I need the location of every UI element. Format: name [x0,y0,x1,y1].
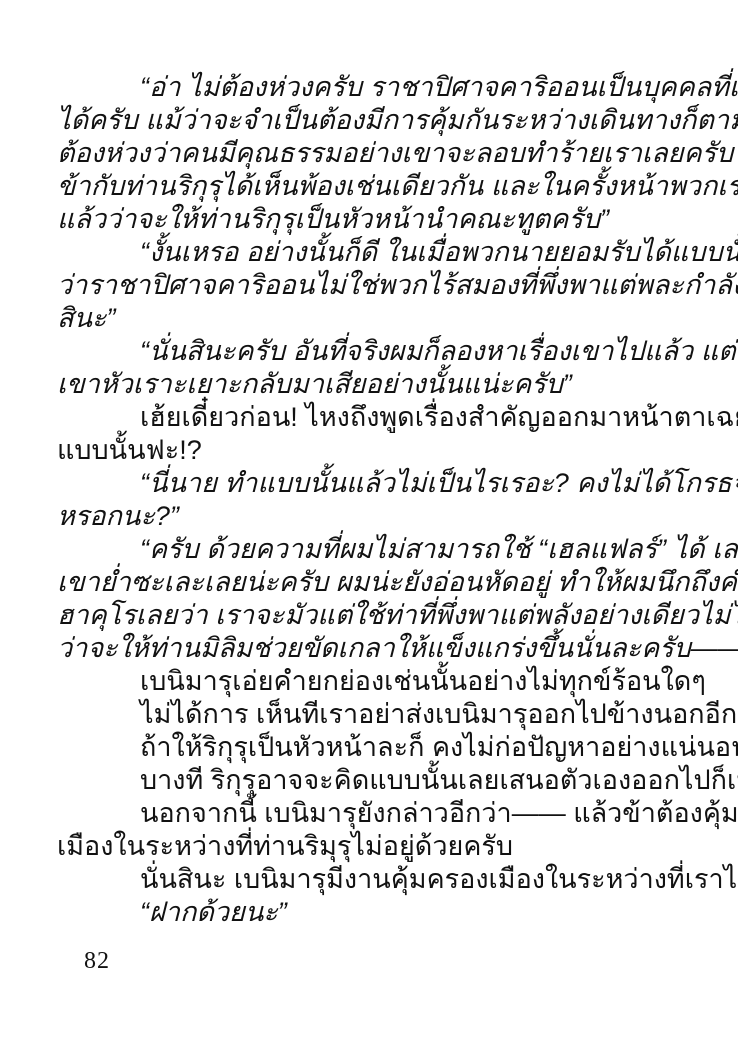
text-line: เบนิมารุเอ่ยคำยกย่องเช่นนั้นอย่างไม่ทุกข… [57,665,682,698]
body-text: “อ่า ไม่ต้องห่วงครับ ราชาปิศาจคาริออนเป็… [57,71,682,929]
text-line: ไม่ได้การ เห็นทีเราอย่าส่งเบนิมารุออกไปข… [57,698,682,731]
text-line: ได้ครับ แม้ว่าจะจำเป็นต้องมีการคุ้มกันระ… [57,104,682,137]
text-line: สินะ” [57,302,682,335]
text-line: บางที ริกุรุอาจจะคิดแบบนั้นเลยเสนอตัวเอง… [57,764,682,797]
text-line: ว่าราชาปิศาจคาริออนไม่ใช่พวกไร้สมองที่พึ… [57,269,682,302]
book-page: “อ่า ไม่ต้องห่วงครับ ราชาปิศาจคาริออนเป็… [0,0,738,1051]
text-line: เมืองในระหว่างที่ท่านริมุรุไม่อยู่ด้วยคร… [57,830,682,863]
text-line: “นี่นาย ทำแบบนั้นแล้วไม่เป็นไรเรอะ? คงไม… [57,467,682,500]
text-line: “ครับ ด้วยความที่ผมไม่สามารถใช้ “เฮลแฟลร… [57,533,682,566]
text-line: “ฝากด้วยนะ” [57,896,682,929]
text-line: ข้ากับท่านริกุรุได้เห็นพ้องเช่นเดียวกัน … [57,170,682,203]
text-line: แล้วว่าจะให้ท่านริกุรุเป็นหัวหน้านำคณะทู… [57,203,682,236]
text-line: นอกจากนี้ เบนิมารุยังกล่าวอีกว่า—— แล้วข… [57,797,682,830]
text-line: ถ้าให้ริกุรุเป็นหัวหน้าละก็ คงไม่ก่อปัญห… [57,731,682,764]
text-line: เขาย่ำซะเละเลยน่ะครับ ผมน่ะยังอ่อนหัดอยู… [57,566,682,599]
text-line: ว่าจะให้ท่านมิลิมช่วยขัดเกลาให้แข็งแกร่ง… [57,632,682,665]
text-line: “อ่า ไม่ต้องห่วงครับ ราชาปิศาจคาริออนเป็… [57,71,682,104]
text-line: นั่นสินะ เบนิมารุมีงานคุ้มครองเมืองในระห… [57,863,682,896]
text-line: แบบนั้นฟะ!? [57,434,682,467]
page-number: 82 [84,948,110,975]
text-line: หรอกนะ?” [57,500,682,533]
text-line: ต้องห่วงว่าคนมีคุณธรรมอย่างเขาจะลอบทำร้า… [57,137,682,170]
text-line: “งั้นเหรอ อย่างนั้นก็ดี ในเมื่อพวกนายยอม… [57,236,682,269]
text-line: เฮ้ยเดี๋ยวก่อน! ไหงถึงพูดเรื่องสำคัญออกม… [57,401,682,434]
text-line: ฮาคุโรเลยว่า เราจะมัวแต่ใช้ท่าที่พึ่งพาแ… [57,599,682,632]
text-line: “นั่นสินะครับ อันที่จริงผมก็ลองหาเรื่องเ… [57,335,682,368]
text-line: เขาหัวเราะเยาะกลับมาเสียอย่างนั้นแน่ะครั… [57,368,682,401]
